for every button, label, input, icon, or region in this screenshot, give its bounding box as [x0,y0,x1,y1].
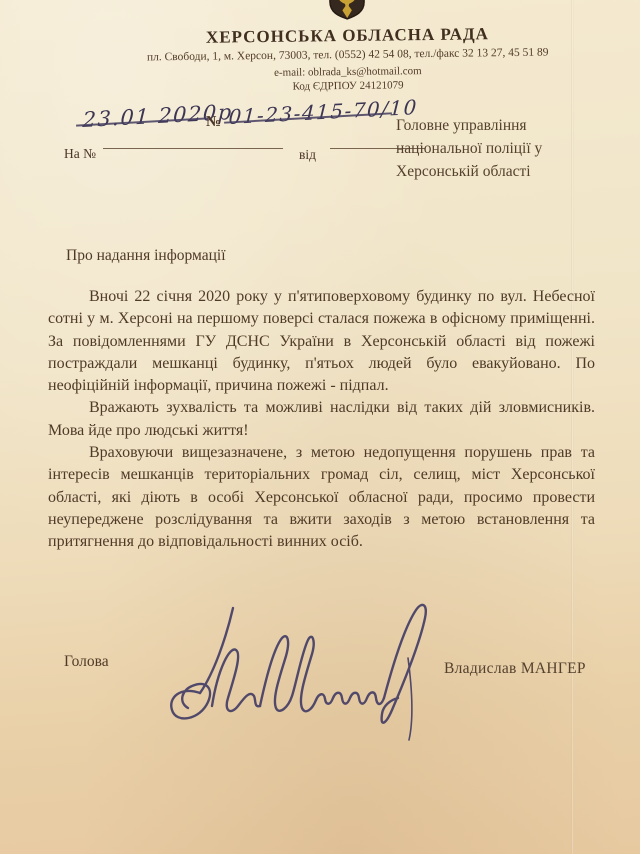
signer-name: Владислав МАНГЕР [444,660,586,678]
reply-number-blank-line [103,148,283,149]
signer-title: Голова [64,653,109,671]
letterhead: ХЕРСОНСЬКА ОБЛАСНА РАДА пл. Свободи, 1, … [54,0,640,4]
recipient-line: національної поліції у [396,137,606,160]
recipient-line: Головне управління [396,114,606,137]
from-date-label: від [299,147,316,163]
recipient-block: Головне управління національної поліції … [396,114,606,183]
body-paragraph-1: Вночі 22 січня 2020 року у п'ятиповерхов… [48,286,595,397]
number-sign: № [206,114,221,131]
recipient-line: Херсонській області [396,160,606,183]
body-paragraph-3: Враховуючи вищезазначене, з метою недопу… [48,442,595,553]
body-paragraph-2: Вражають зухвалість та можливі наслідки … [48,397,595,442]
scanned-letter-page: ХЕРСОНСЬКА ОБЛАСНА РАДА пл. Свободи, 1, … [0,0,640,854]
letter-body: Вночі 22 січня 2020 року у п'ятиповерхов… [48,286,595,554]
ukraine-trident-emblem-icon [328,0,367,22]
subject-line: Про надання інформації [66,247,226,265]
reply-to-label: На № [64,146,96,162]
handwritten-signature [138,598,458,748]
